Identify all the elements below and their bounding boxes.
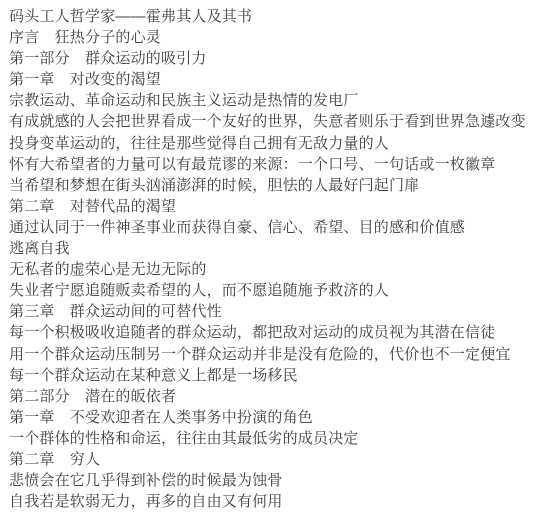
point-line: 一个群体的性格和命运，往往由其最低劣的成员决定 [9, 428, 534, 449]
toc-line-list: 码头工人哲学家——霍弗其人及其书序言 狂热分子的心灵第一部分 群众运动的吸引力第… [9, 6, 534, 512]
point-line: 每一个群众运动在某种意义上都是一场移民 [9, 365, 534, 386]
chapter-line: 第一章 不受欢迎者在人类事务中扮演的角色 [9, 407, 534, 428]
chapter-line: 第三章 群众运动间的可替代性 [9, 301, 534, 322]
point-line: 每一个积极吸收追随者的群众运动，都把敌对运动的成员视为其潜在信徒 [9, 322, 534, 343]
point-line: 宗教运动、革命运动和民族主义运动是热情的发电厂 [9, 90, 534, 111]
part-line: 第二部分 潜在的皈依者 [9, 386, 534, 407]
point-line: 自我若是软弱无力，再多的自由又有何用 [9, 491, 534, 512]
book-title-line: 码头工人哲学家——霍弗其人及其书 [9, 6, 534, 27]
point-line: 有成就感的人会把世界看成一个友好的世界，失意者则乐于看到世界急遽改变 [9, 111, 534, 132]
chapter-line: 第二章 穷人 [9, 449, 534, 470]
chapter-line: 第二章 对替代品的渴望 [9, 196, 534, 217]
point-line: 失业者宁愿追随贩卖希望的人，而不愿追随施予救济的人 [9, 280, 534, 301]
point-line: 当希望和梦想在街头汹涌澎湃的时候，胆怯的人最好闩起门扉 [9, 175, 534, 196]
point-line: 用一个群众运动压制另一个群众运动并非是没有危险的，代价也不一定便宜 [9, 344, 534, 365]
document-page: 码头工人哲学家——霍弗其人及其书序言 狂热分子的心灵第一部分 群众运动的吸引力第… [0, 0, 540, 513]
point-line: 怀有大希望者的力量可以有最荒谬的来源：一个口号、一句话或一枚徽章 [9, 154, 534, 175]
point-line: 通过认同于一件神圣事业而获得自豪、信心、希望、目的感和价值感 [9, 217, 534, 238]
point-line: 投身变革运动的，往往是那些觉得自己拥有无敌力量的人 [9, 133, 534, 154]
part-line: 第一部分 群众运动的吸引力 [9, 48, 534, 69]
point-line: 无私者的虚荣心是无边无际的 [9, 259, 534, 280]
point-line: 逃离自我 [9, 238, 534, 259]
preface-line: 序言 狂热分子的心灵 [9, 27, 534, 48]
point-line: 悲愤会在它几乎得到补偿的时候最为蚀骨 [9, 470, 534, 491]
chapter-line: 第一章 对改变的渴望 [9, 69, 534, 90]
